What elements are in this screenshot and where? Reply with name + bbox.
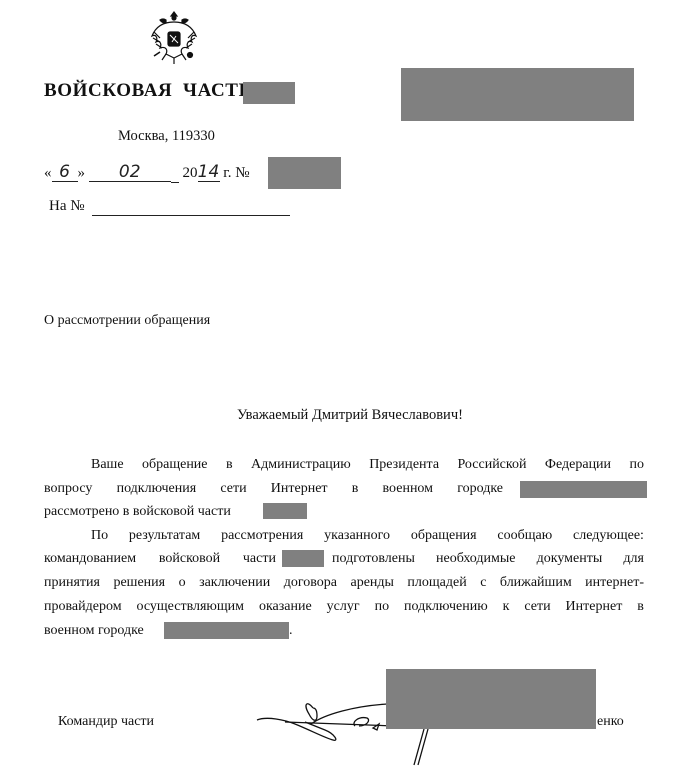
word: услуг xyxy=(327,599,360,615)
word: аренды xyxy=(350,575,393,591)
p2-line2-before: командованием войсковой части xyxy=(44,551,276,567)
p2-line2-after: подготовлены необходимые документы для xyxy=(332,551,644,567)
word: рассмотрения xyxy=(221,528,303,544)
p2-line4: провайдером осуществляющим оказание услу… xyxy=(44,599,644,615)
word: для xyxy=(623,551,644,567)
redacted-outgoing-number xyxy=(268,157,341,189)
redacted-unit-2 xyxy=(263,503,307,519)
coat-of-arms-icon xyxy=(146,8,202,66)
word: договора xyxy=(284,575,337,591)
word: по xyxy=(629,457,644,473)
word: в xyxy=(637,599,644,615)
word: осуществляющим xyxy=(137,599,245,615)
word: сети xyxy=(220,481,246,497)
redacted-addressee xyxy=(401,68,634,121)
word: подготовлены xyxy=(332,551,415,567)
word: ближайшим xyxy=(500,575,572,591)
word: Администрацию xyxy=(251,457,351,473)
p1-line2: вопросу подключения сети Интернет в воен… xyxy=(44,481,503,497)
unit-title-text: ВОЙСКОВАЯ ЧАСТЬ xyxy=(44,80,252,101)
number-label: № xyxy=(235,165,249,181)
word: провайдером xyxy=(44,599,122,615)
word: подключению xyxy=(404,599,488,615)
word: обращения xyxy=(411,528,477,544)
p2-line3: принятия решения о заключении договора а… xyxy=(44,575,644,591)
redacted-unit-3 xyxy=(282,550,324,567)
word: документы xyxy=(537,551,603,567)
word: площадей xyxy=(407,575,466,591)
word: войсковой xyxy=(159,551,220,567)
reference-line: На № xyxy=(49,197,290,216)
word: Президента xyxy=(369,457,439,473)
word: сети xyxy=(524,599,550,615)
word: следующее: xyxy=(573,528,644,544)
signer-name-tail: енко xyxy=(597,714,624,730)
word: к xyxy=(503,599,510,615)
word: городке xyxy=(457,481,503,497)
p1-line3: рассмотрено в войсковой части xyxy=(44,504,644,520)
p2-line1: По результатам рассмотрения указанного о… xyxy=(91,528,644,544)
subject: О рассмотрении обращения xyxy=(44,313,210,329)
word: оказание xyxy=(259,599,312,615)
p2-period: . xyxy=(289,623,299,639)
word: военном xyxy=(383,481,433,497)
year-label: г. xyxy=(223,165,231,181)
date-day: 6 xyxy=(52,163,78,182)
word: Федерации xyxy=(545,457,611,473)
word: в xyxy=(226,457,233,473)
year-prefix: 20 xyxy=(183,165,198,181)
unit-title: ВОЙСКОВАЯ ЧАСТЬ xyxy=(44,80,252,102)
word: части xyxy=(243,551,276,567)
date-underline xyxy=(171,164,179,183)
word: По xyxy=(91,528,108,544)
close-quote: » xyxy=(78,165,86,181)
city-postcode: Москва, 119330 xyxy=(118,128,215,145)
open-quote: « xyxy=(44,165,52,181)
greeting: Уважаемый Дмитрий Вячеславович! xyxy=(0,407,700,424)
word: по xyxy=(375,599,390,615)
word: Интернет xyxy=(271,481,328,497)
word: с xyxy=(480,575,486,591)
reference-underline xyxy=(92,197,290,216)
word: результатам xyxy=(129,528,200,544)
word: Интернет xyxy=(566,599,623,615)
redacted-signer-name xyxy=(386,669,596,729)
word: решения xyxy=(113,575,165,591)
year-suffix: 14 xyxy=(198,163,220,182)
word: обращение xyxy=(142,457,208,473)
word: интернет- xyxy=(585,575,644,591)
redacted-town-2 xyxy=(164,622,289,639)
word: в xyxy=(352,481,359,497)
word: вопросу xyxy=(44,481,92,497)
word: указанного xyxy=(324,528,390,544)
signer-title: Командир части xyxy=(58,714,154,730)
signature-tail-icon xyxy=(410,725,440,769)
word: подключения xyxy=(117,481,197,497)
date-month: 02 xyxy=(89,163,171,182)
date-line: «6» 02 2014 г. № xyxy=(44,163,250,183)
word: Ваше xyxy=(91,457,124,473)
p1-line1: Ваше обращение в Администрацию Президент… xyxy=(91,457,644,473)
word: заключении xyxy=(199,575,270,591)
word: о xyxy=(179,575,186,591)
word: принятия xyxy=(44,575,100,591)
word: Российской xyxy=(457,457,526,473)
word: необходимые xyxy=(436,551,515,567)
word: командованием xyxy=(44,551,136,567)
p2-line5: военном городке xyxy=(44,623,644,639)
reference-label: На № xyxy=(49,198,85,214)
redacted-town-1 xyxy=(520,481,647,498)
redacted-unit-number xyxy=(243,82,295,104)
word: сообщаю xyxy=(497,528,552,544)
signature-scribble-icon xyxy=(255,700,395,769)
